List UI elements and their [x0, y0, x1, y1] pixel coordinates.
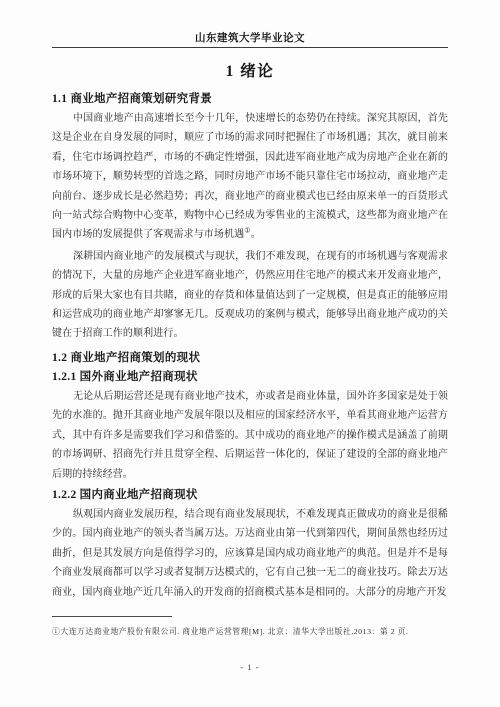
footnote-text: 大连万达商业地产股份有限公司. 商业地产运营管理[M]. 北京：清华大学出版社,…	[60, 627, 408, 636]
paragraph-1-2-2: 纵观国内商业发展历程，结合现有商业发展现状，不难发现真正做成功的商业是很稀少的。…	[52, 505, 448, 602]
paragraph-1-2-1: 无论从后期运营还是现有商业地产技术，亦或者是商业体量，国外许多国家是处于领先的水…	[52, 387, 448, 484]
thesis-page: 山东建筑大学毕业论文 1 绪论 1.1 商业地产招商策划研究背景 中国商业地产由…	[0, 0, 500, 707]
paragraph-text-tail: 。	[251, 229, 261, 240]
running-head: 山东建筑大学毕业论文	[52, 0, 448, 45]
page-content: 山东建筑大学毕业论文 1 绪论 1.1 商业地产招商策划研究背景 中国商业地产由…	[52, 0, 448, 602]
section-1-2-1-heading: 1.2.1 国外商业地产招商现状	[52, 369, 448, 385]
paragraph-text: 中国商业地产由高速增长至今十几年，快速增长的态势仍在持续。深究其原因，首先这是企…	[52, 113, 448, 240]
header-rule	[52, 47, 448, 48]
paragraph-1-1-b: 深耕国内商业地产的发展模式与现状，我们不难发现，在现有的市场机遇与客观需求的情况…	[52, 247, 448, 344]
section-1-2-heading: 1.2 商业地产招商策划的现状	[52, 350, 448, 366]
footnote-rule	[52, 616, 172, 617]
page-number: - 1 -	[0, 662, 500, 672]
chapter-title: 1 绪论	[52, 61, 448, 82]
section-1-2-2-heading: 1.2.2 国内商业地产招商现状	[52, 487, 448, 503]
footnote: ①大连万达商业地产股份有限公司. 商业地产运营管理[M]. 北京：清华大学出版社…	[52, 626, 448, 637]
section-1-1-heading: 1.1 商业地产招商策划研究背景	[52, 91, 448, 107]
paragraph-1-1-a: 中国商业地产由高速增长至今十几年，快速增长的态势仍在持续。深究其原因，首先这是企…	[52, 109, 448, 245]
footnote-block: ①大连万达商业地产股份有限公司. 商业地产运营管理[M]. 北京：清华大学出版社…	[52, 616, 448, 637]
